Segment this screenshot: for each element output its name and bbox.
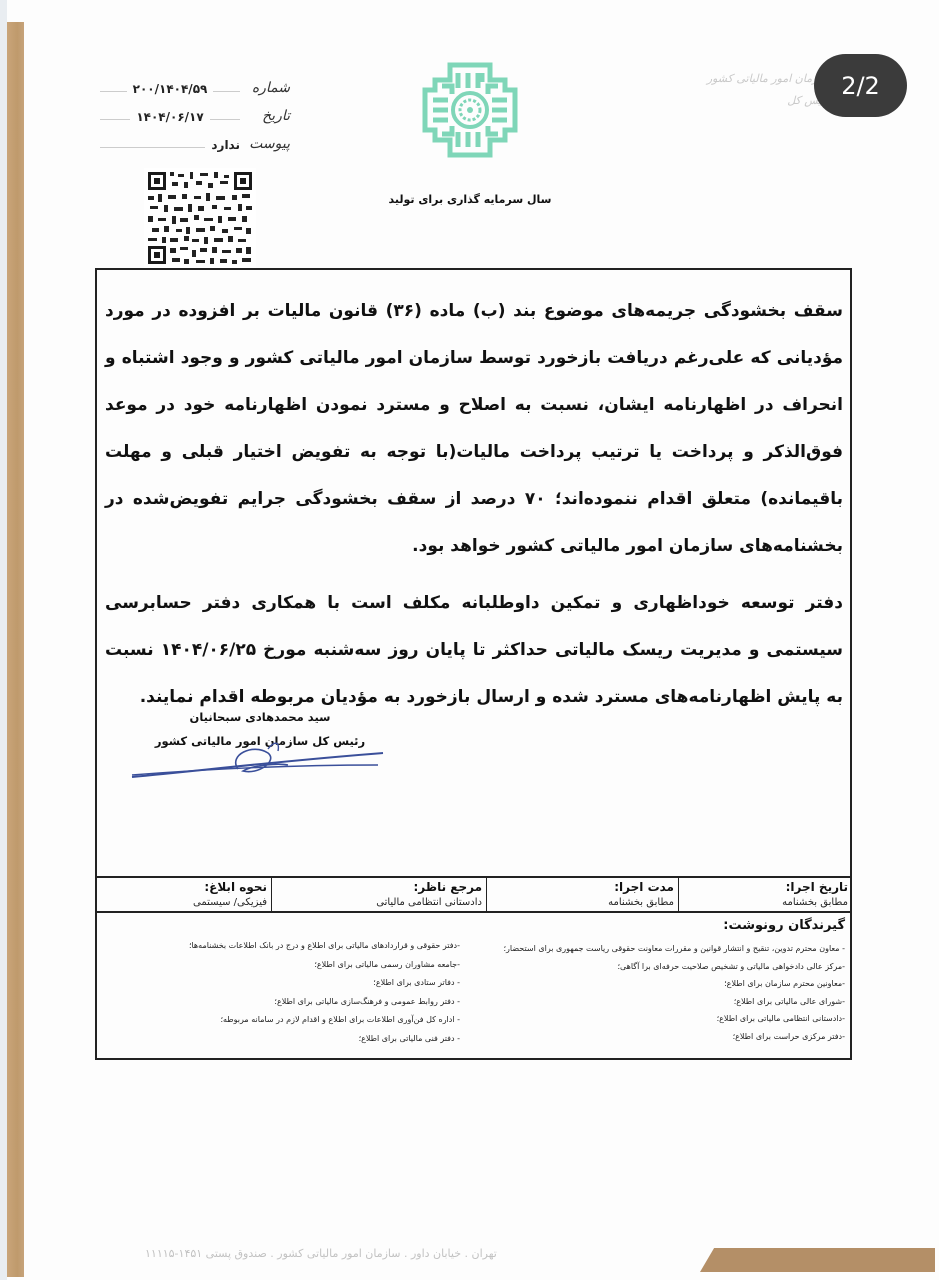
signer-name: سید محمدهادی سبحانیان	[130, 705, 390, 729]
attachment-label: پیوست	[246, 136, 290, 152]
letter-number-row: شماره ۲۰۰/۱۴۰۴/۵۹	[100, 68, 290, 96]
cc-item: - دفاتر ستادی برای اطلاع؛	[150, 974, 460, 993]
body-paragraph: سقف بخشودگی جریمه‌های موضوع بند (ب) ماده…	[105, 288, 843, 570]
cc-item: -مرکز عالی دادخواهی مالیاتی و تشخیص صلاح…	[455, 958, 845, 976]
faded-org-header: سازمان امور مالیاتی کشور رئیس کل	[700, 68, 830, 112]
cc-item: -دادستانی انتظامی مالیاتی برای اطلاع؛	[455, 1010, 845, 1028]
page-indicator-badge[interactable]: 2/2	[814, 54, 907, 117]
execution-date-label: تاریخ اجرا:	[683, 879, 848, 895]
delivery-method-value: فیزیکی/ سیستمی	[99, 895, 267, 910]
execution-date-value: مطابق بخشنامه	[683, 895, 848, 910]
divider	[213, 91, 240, 92]
divider	[100, 147, 205, 148]
faded-org-line: سازمان امور مالیاتی کشور	[700, 68, 830, 90]
cc-item: -شورای عالی مالیاتی برای اطلاع؛	[455, 993, 845, 1011]
letter-body: سقف بخشودگی جریمه‌های موضوع بند (ب) ماده…	[105, 288, 843, 731]
supervising-authority-label: مرجع ناظر:	[276, 879, 482, 895]
execution-duration-value: مطابق بخشنامه	[491, 895, 674, 910]
letter-date: ۱۴۰۴/۰۶/۱۷	[136, 110, 203, 124]
page-edge	[0, 0, 7, 1280]
cc-item: - دفتر روابط عمومی و فرهنگ‌سازی مالیاتی …	[150, 993, 460, 1012]
execution-duration-label: مدت اجرا:	[491, 879, 674, 895]
footer-accent-bar	[700, 1248, 935, 1272]
qr-code-icon	[144, 168, 256, 268]
attachment-value: ندارد	[211, 138, 240, 152]
cc-item: - اداره کل فن‌آوری اطلاعات برای اطلاع و …	[150, 1011, 460, 1030]
execution-info-table: تاریخ اجرا: مطابق بخشنامه مدت اجرا: مطاب…	[95, 876, 852, 913]
execution-date-cell: تاریخ اجرا: مطابق بخشنامه	[678, 878, 852, 911]
letter-date-row: تاریخ ۱۴۰۴/۰۶/۱۷	[100, 96, 290, 124]
supervising-authority-cell: مرجع ناظر: دادستانی انتظامی مالیاتی	[271, 878, 486, 911]
letter-number: ۲۰۰/۱۴۰۴/۵۹	[133, 82, 208, 96]
cc-title: گیرندگان رونوشت:	[620, 918, 845, 933]
organization-logo-icon	[420, 60, 520, 160]
letterhead-side-bar	[7, 22, 24, 1277]
divider	[100, 91, 127, 92]
cc-item: -دفتر حقوقی و قراردادهای مالیاتی برای اط…	[150, 937, 460, 956]
delivery-method-cell: نحوه ابلاغ: فیزیکی/ سیستمی	[95, 878, 271, 911]
year-slogan: سال سرمایه گذاری برای تولید	[380, 193, 560, 206]
letter-number-label: شماره	[246, 80, 290, 96]
cc-item: -معاونین محترم سازمان برای اطلاع؛	[455, 975, 845, 993]
footer-address: تهران . خیابان داور . سازمان امور مالیات…	[145, 1247, 665, 1260]
body-paragraph: دفتر توسعه خوداظهاری و تمکین داوطلبانه م…	[105, 580, 843, 721]
signature-icon	[128, 735, 388, 785]
execution-duration-cell: مدت اجرا: مطابق بخشنامه	[486, 878, 678, 911]
cc-list-right: - معاون محترم تدوین، تنقیح و انتشار قوان…	[455, 940, 845, 1045]
delivery-method-label: نحوه ابلاغ:	[99, 879, 267, 895]
cc-list-left: -دفتر حقوقی و قراردادهای مالیاتی برای اط…	[150, 937, 460, 1048]
cc-item: -جامعه مشاوران رسمی مالیاتی برای اطلاع؛	[150, 956, 460, 975]
letter-date-label: تاریخ	[246, 108, 290, 124]
cc-item: -دفتر مرکزی حراست برای اطلاع؛	[455, 1028, 845, 1046]
supervising-authority-value: دادستانی انتظامی مالیاتی	[276, 895, 482, 910]
divider	[100, 119, 130, 120]
letter-meta: شماره ۲۰۰/۱۴۰۴/۵۹ تاریخ ۱۴۰۴/۰۶/۱۷ پیوست…	[100, 68, 290, 152]
cc-item: - دفتر فنی مالیاتی برای اطلاع؛	[150, 1030, 460, 1049]
cc-item: - معاون محترم تدوین، تنقیح و انتشار قوان…	[455, 940, 845, 958]
attachment-row: پیوست ندارد	[100, 124, 290, 152]
faded-org-line: رئیس کل	[700, 90, 830, 112]
divider	[210, 119, 240, 120]
